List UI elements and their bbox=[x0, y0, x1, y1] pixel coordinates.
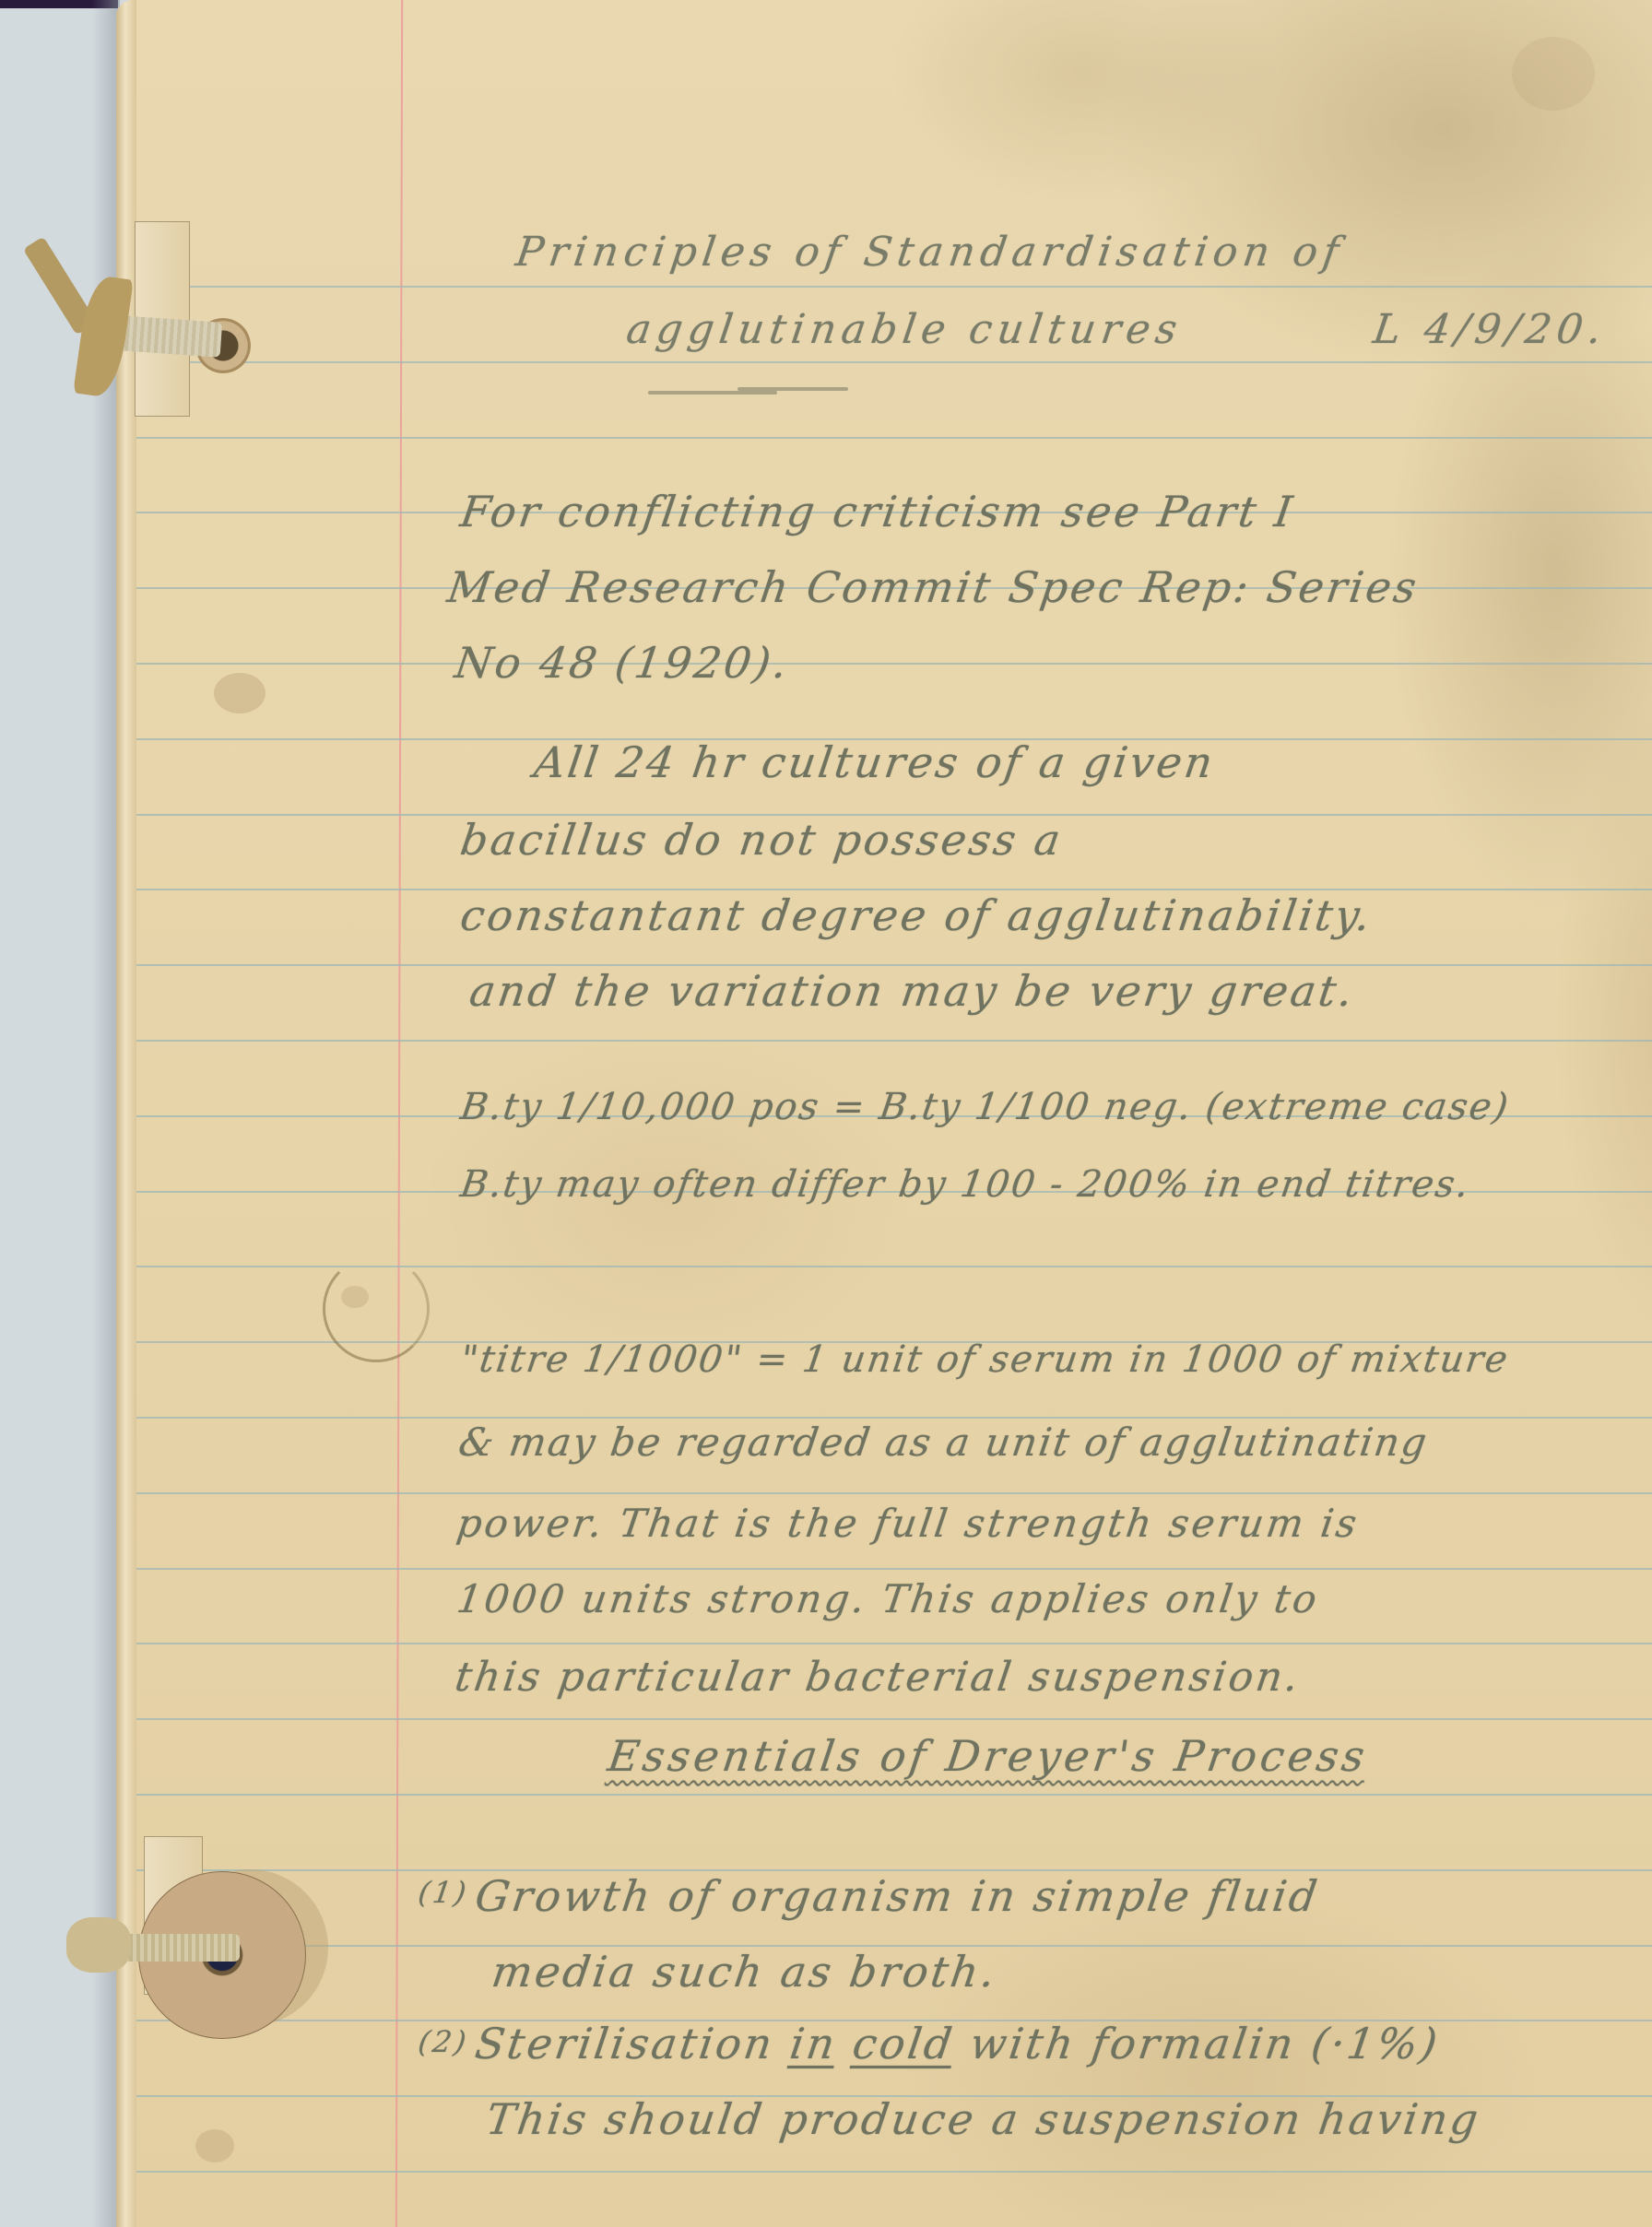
binding-cord-knot bbox=[66, 1917, 131, 1973]
text-line: 1000 units strong. This applies only to bbox=[454, 1576, 1323, 1621]
rule-line bbox=[136, 2171, 1652, 2173]
step-number: (2) bbox=[416, 2024, 471, 2059]
step-2-word: with formalin (·1%) bbox=[950, 2019, 1443, 2068]
text-line: & may be regarded as a unit of agglutina… bbox=[456, 1420, 1432, 1465]
rule-line bbox=[136, 286, 1652, 288]
text-line: For conflicting criticism see Part I bbox=[457, 487, 1298, 536]
text-line: and the variation may be very great. bbox=[466, 966, 1358, 1016]
rule-line bbox=[136, 1794, 1652, 1796]
title-line-1: Principles of Standardisation of bbox=[513, 229, 1347, 276]
pencil-bracket-mark bbox=[323, 1255, 430, 1362]
step-text-line: Sterilisation in cold with formalin (·1%… bbox=[472, 2019, 1443, 2068]
text-line: bacillus do not possess a bbox=[457, 815, 1066, 865]
stain bbox=[195, 2129, 234, 2162]
title-date: L 4/9/20. bbox=[1370, 306, 1610, 353]
stain bbox=[1512, 37, 1595, 111]
rule-line bbox=[136, 1417, 1652, 1419]
rule-line bbox=[136, 1040, 1652, 1042]
text-line: No 48 (1920). bbox=[452, 638, 793, 688]
title-line-2: agglutinable cultures bbox=[623, 306, 1185, 353]
text-line: power. That is the full strength serum i… bbox=[454, 1501, 1363, 1546]
rule-line bbox=[136, 1568, 1652, 1570]
underlined-word: in bbox=[787, 2019, 841, 2068]
step-text-line: This should produce a suspension having bbox=[483, 2094, 1483, 2144]
underlined-word: cold bbox=[850, 2019, 958, 2068]
text-line: B.ty may often differ by 100 - 200% in e… bbox=[458, 1163, 1473, 1206]
title-flourish bbox=[648, 391, 777, 395]
step-text-line: Growth of organism in simple fluid bbox=[472, 1871, 1323, 1921]
text-line: B.ty 1/10,000 pos = B.ty 1/100 neg. (ext… bbox=[458, 1086, 1513, 1128]
text-line: "titre 1/1000" = 1 unit of serum in 1000… bbox=[458, 1338, 1512, 1381]
title-flourish bbox=[737, 387, 848, 391]
rule-line bbox=[136, 1492, 1652, 1494]
rule-line bbox=[136, 361, 1652, 363]
stain bbox=[214, 673, 265, 713]
rule-line bbox=[136, 1718, 1652, 1720]
text-line: this particular bacterial suspension. bbox=[452, 1654, 1304, 1701]
step-number: (1) bbox=[416, 1875, 471, 1910]
rule-line bbox=[136, 1643, 1652, 1644]
step-text-line: media such as broth. bbox=[489, 1947, 1000, 1997]
text-line: Med Research Commit Spec Rep: Series bbox=[444, 562, 1422, 612]
rule-line bbox=[136, 437, 1652, 439]
text-line: All 24 hr cultures of a given bbox=[531, 737, 1218, 787]
rule-line bbox=[136, 663, 1652, 665]
step-2-word: Sterilisation bbox=[472, 2019, 794, 2068]
section-heading: Essentials of Dreyer's Process bbox=[605, 1731, 1371, 1781]
text-line: constantant degree of agglutinability. bbox=[457, 890, 1375, 940]
